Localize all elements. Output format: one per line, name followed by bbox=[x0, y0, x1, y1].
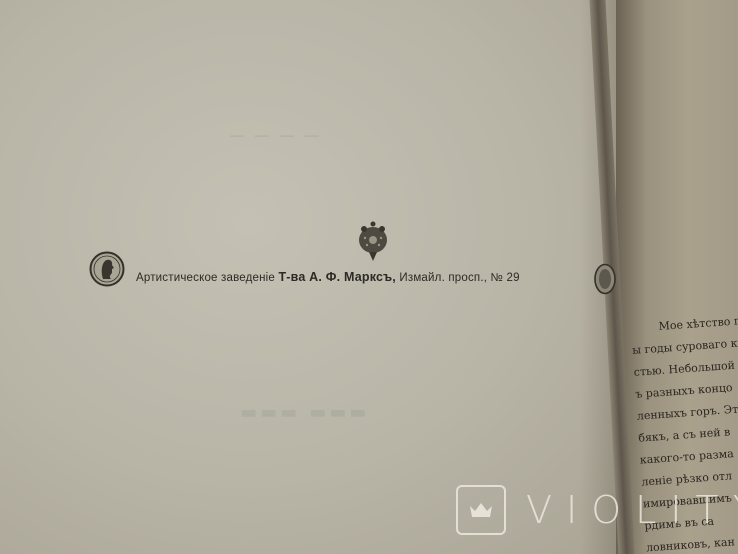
crown-icon bbox=[456, 485, 506, 535]
bleed-through-title: ▬▬▬ ▬▬▬ bbox=[240, 402, 369, 423]
violity-watermark: VIOLITY bbox=[456, 484, 738, 536]
bleed-through-text: ― ― ― ― bbox=[230, 128, 322, 144]
medal-icon bbox=[594, 263, 616, 295]
imprint-establishment: Артистическое заведенiе bbox=[136, 272, 275, 284]
printer-imprint: Артистическое заведенiе Т-ва А. Ф. Маркс… bbox=[136, 270, 520, 284]
portrait-medallion-icon bbox=[89, 251, 125, 287]
double-headed-eagle-icon bbox=[355, 220, 391, 262]
imprint-address: Измайл. просп., № 29 bbox=[399, 272, 519, 284]
imprint-publisher: Т-ва А. Ф. Марксъ, bbox=[278, 270, 396, 284]
watermark-text: VIOLITY bbox=[526, 488, 738, 532]
